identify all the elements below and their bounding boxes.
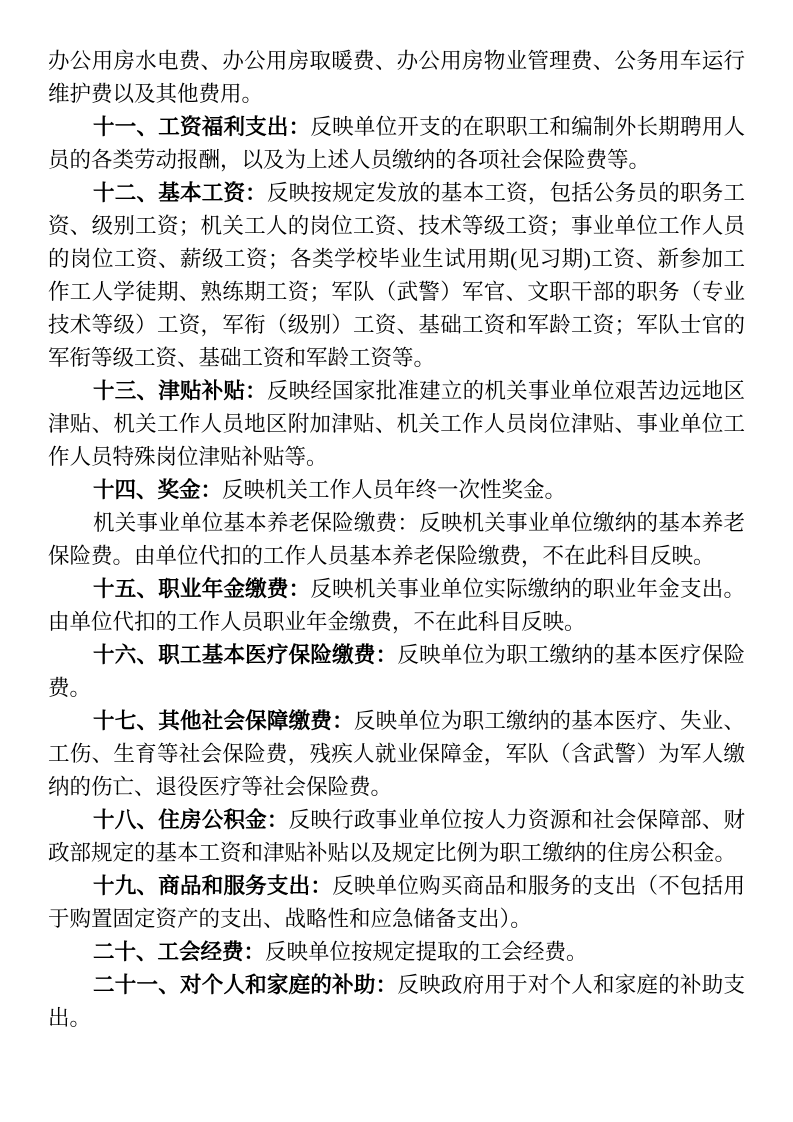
paragraph: 十七、其他社会保障缴费：反映单位为职工缴纳的基本医疗、失业、工伤、生育等社会保险… [48, 705, 745, 804]
paragraph-lead: 十二、基本工资： [93, 181, 267, 205]
paragraph-lead: 十六、职工基本医疗保险缴费： [93, 643, 397, 667]
paragraph-lead: 十一、工资福利支出： [93, 115, 310, 139]
paragraph: 二十一、对个人和家庭的补助：反映政府用于对个人和家庭的补助支出。 [48, 969, 745, 1035]
paragraph-body: 机关事业单位基本养老保险缴费：反映机关事业单位缴纳的基本养老保险费。由单位代扣的… [48, 511, 745, 568]
paragraph: 二十、工会经费：反映单位按规定提取的工会经费。 [48, 936, 745, 969]
paragraph-lead: 十七、其他社会保障缴费： [93, 709, 354, 733]
paragraph: 机关事业单位基本养老保险缴费：反映机关事业单位缴纳的基本养老保险费。由单位代扣的… [48, 507, 745, 573]
paragraph-lead: 十三、津贴补贴： [93, 379, 267, 403]
paragraph: 十六、职工基本医疗保险缴费：反映单位为职工缴纳的基本医疗保险费。 [48, 639, 745, 705]
paragraph-lead: 二十一、对个人和家庭的补助： [93, 973, 397, 997]
paragraph: 十五、职业年金缴费：反映机关事业单位实际缴纳的职业年金支出。由单位代扣的工作人员… [48, 573, 745, 639]
document-body: 办公用房水电费、办公用房取暖费、办公用房物业管理费、公务用车运行维护费以及其他费… [48, 45, 745, 1035]
paragraph: 十三、津贴补贴：反映经国家批准建立的机关事业单位艰苦边远地区津贴、机关工作人员地… [48, 375, 745, 474]
paragraph: 办公用房水电费、办公用房取暖费、办公用房物业管理费、公务用车运行维护费以及其他费… [48, 45, 745, 111]
paragraph-lead: 十八、住房公积金： [93, 808, 289, 832]
document-page: 办公用房水电费、办公用房取暖费、办公用房物业管理费、公务用车运行维护费以及其他费… [0, 0, 793, 1122]
paragraph: 十二、基本工资：反映按规定发放的基本工资，包括公务员的职务工资、级别工资；机关工… [48, 177, 745, 375]
paragraph-body: 反映按规定发放的基本工资，包括公务员的职务工资、级别工资；机关工人的岗位工资、技… [48, 181, 745, 370]
paragraph-lead: 十四、奖金： [93, 478, 222, 502]
paragraph: 十九、商品和服务支出：反映单位购买商品和服务的支出（不包括用于购置固定资产的支出… [48, 870, 745, 936]
paragraph: 十四、奖金：反映机关工作人员年终一次性奖金。 [48, 474, 745, 507]
paragraph-lead: 二十、工会经费： [93, 940, 265, 964]
paragraph-body: 反映机关工作人员年终一次性奖金。 [222, 478, 566, 502]
paragraph-body: 反映单位按规定提取的工会经费。 [265, 940, 588, 964]
paragraph-body: 办公用房水电费、办公用房取暖费、办公用房物业管理费、公务用车运行维护费以及其他费… [48, 49, 745, 106]
paragraph-lead: 十五、职业年金缴费： [93, 577, 310, 601]
paragraph: 十八、住房公积金：反映行政事业单位按人力资源和社会保障部、财政部规定的基本工资和… [48, 804, 745, 870]
paragraph: 十一、工资福利支出：反映单位开支的在职职工和编制外长期聘用人员的各类劳动报酬，以… [48, 111, 745, 177]
paragraph-lead: 十九、商品和服务支出： [93, 874, 332, 898]
